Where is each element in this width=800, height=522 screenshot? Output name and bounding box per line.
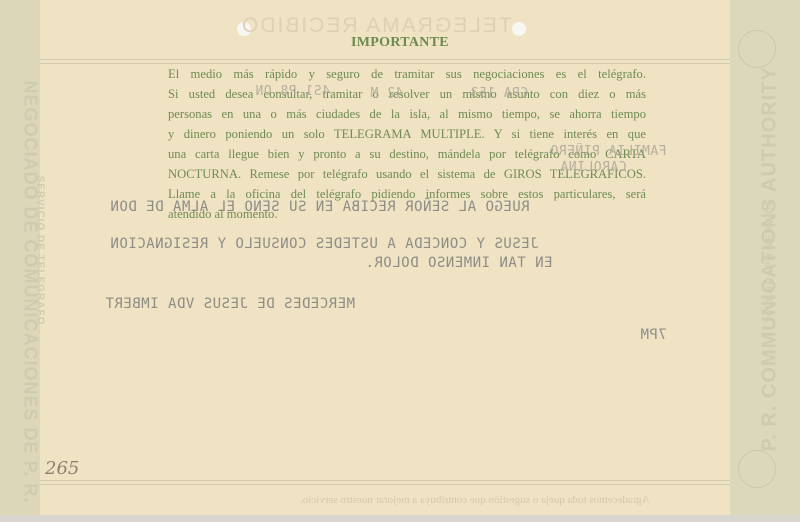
paragraph-line: y dinero poniendo un solo TELEGRAMA MULT… <box>168 124 646 144</box>
ghost-header-code: 4S1 P8 ON <box>255 84 330 99</box>
left-margin-subtext: SERVICIO DE TELEGRAFO <box>35 121 46 381</box>
heading-importante: IMPORTANTE <box>0 35 800 51</box>
ghost-addressee: FAMILIA PIÑERO <box>550 144 667 159</box>
seal-icon <box>738 450 776 488</box>
telegram-form-back: NEGOCIADO DE COMUNICACIONES DE P. R. SER… <box>0 0 800 515</box>
ghost-signature: MERCEDES DE JESUS VDA IMBERT <box>105 296 355 312</box>
ghost-addressee: CAROLINA <box>560 160 627 175</box>
ghost-time: 7PM <box>640 327 667 343</box>
scan-bottom-edge <box>0 515 800 522</box>
paragraph-line: Si usted desea consultar, tramitar o res… <box>168 84 646 104</box>
ghost-message-line: EN TAN INMENSO DOLOR. <box>365 255 553 271</box>
paragraph-line: El medio más rápido y seguro de tramitar… <box>168 64 646 84</box>
ghost-header-code: 42 M <box>370 86 403 101</box>
punch-hole <box>512 22 526 36</box>
ghost-footer-note: Agradecemos toda queja o sugestión que c… <box>300 494 650 506</box>
ghost-header-code: CPA 153 <box>470 86 528 101</box>
bottom-rule <box>40 480 730 485</box>
ghost-message-line: JESUS Y CONCEDA A USTEDES CONSUELO Y RES… <box>110 236 539 252</box>
ghost-message-line: RUEGO AL SEÑOR RECIBA EN SU SENO EL ALMA… <box>110 199 530 215</box>
handwritten-number: 265 <box>45 458 79 479</box>
right-margin-subtext: TELEGRAPH SERVICE <box>765 131 776 391</box>
left-margin-strip: NEGOCIADO DE COMUNICACIONES DE P. R. SER… <box>0 0 40 515</box>
paragraph-line: personas en una o más ciudades de la isl… <box>168 104 646 124</box>
